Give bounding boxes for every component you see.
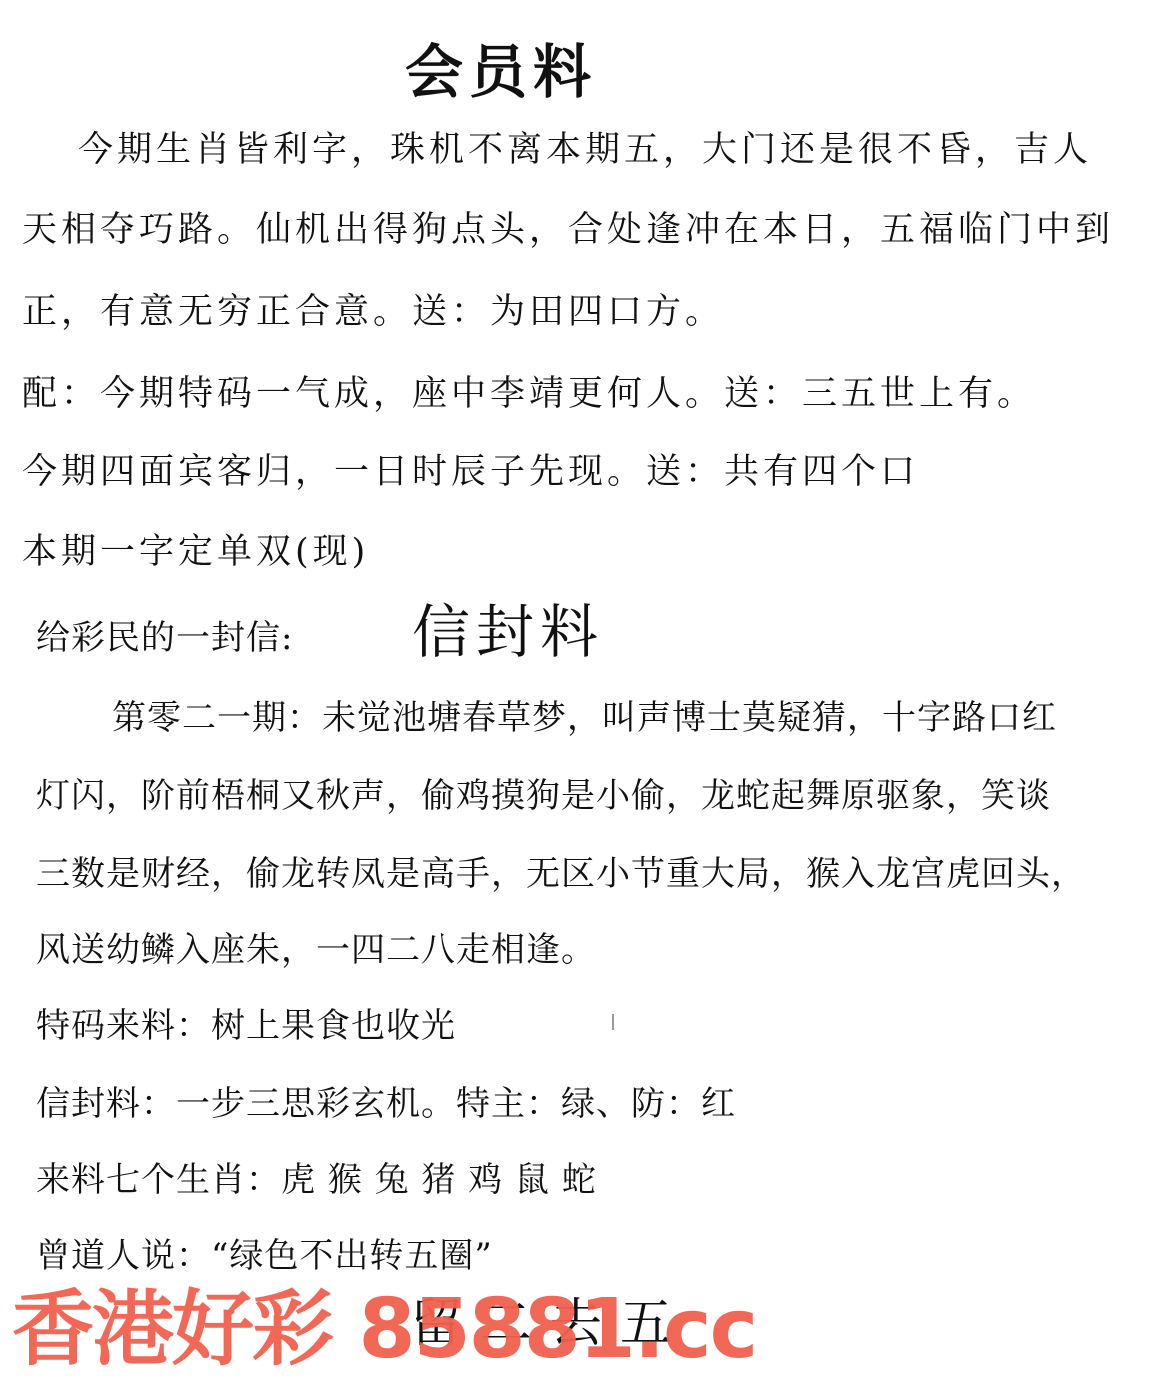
member-paragraph-line: 正，有意无穷正合意。送：为田四口方。 xyxy=(22,292,724,332)
member-section-title: 会员料 xyxy=(405,40,597,104)
member-paragraph-line: 天相夺巧路。仙机出得狗点头，合处逢冲在本日，五福临门中到 xyxy=(22,210,1114,250)
scan-artifact-line xyxy=(612,1014,614,1030)
envelope-poem-line: 风送幼鳞入座朱，一四二八走相逢。 xyxy=(36,930,596,970)
envelope-poem-line: 第零二一期：未觉池塘春草梦，叫声博士莫疑猜，十字路口红 xyxy=(112,698,1057,738)
member-pairing-line: 配：今期特码一气成，座中李靖更何人。送：三五世上有。 xyxy=(22,374,1036,414)
envelope-poem-line: 灯闪，阶前梧桐又秋声，偷鸡摸狗是小偷，龙蛇起舞原驱象，笑谈 xyxy=(36,776,1051,816)
envelope-section-title: 信封料 xyxy=(412,600,604,664)
member-odd-even-line: 本期一字定单双(现) xyxy=(22,532,369,572)
special-code-hint: 特码来料：树上果食也收光 xyxy=(36,1006,456,1046)
envelope-intro-label: 给彩民的一封信: xyxy=(36,618,293,658)
member-paragraph-line: 今期生肖皆利字，珠机不离本期五，大门还是很不昏，吉人 xyxy=(78,130,1092,170)
member-extra-line: 今期四面宾客归，一日时辰子先现。送：共有四个口 xyxy=(22,452,919,492)
daoist-quote: 曾道人说：“绿色不出转五圈” xyxy=(36,1236,493,1276)
seven-zodiac-list: 来料七个生肖：虎 猴 兔 猪 鸡 鼠 蛇 xyxy=(36,1160,597,1200)
envelope-color-hint: 信封料：一步三思彩玄机。特主：绿、防：红 xyxy=(36,1084,736,1124)
site-watermark: 香港好彩 85881.cc xyxy=(12,1282,756,1378)
envelope-poem-line: 三数是财经，偷龙转凤是高手，无区小节重大局，猴入龙宫虎回头， xyxy=(36,854,1086,894)
